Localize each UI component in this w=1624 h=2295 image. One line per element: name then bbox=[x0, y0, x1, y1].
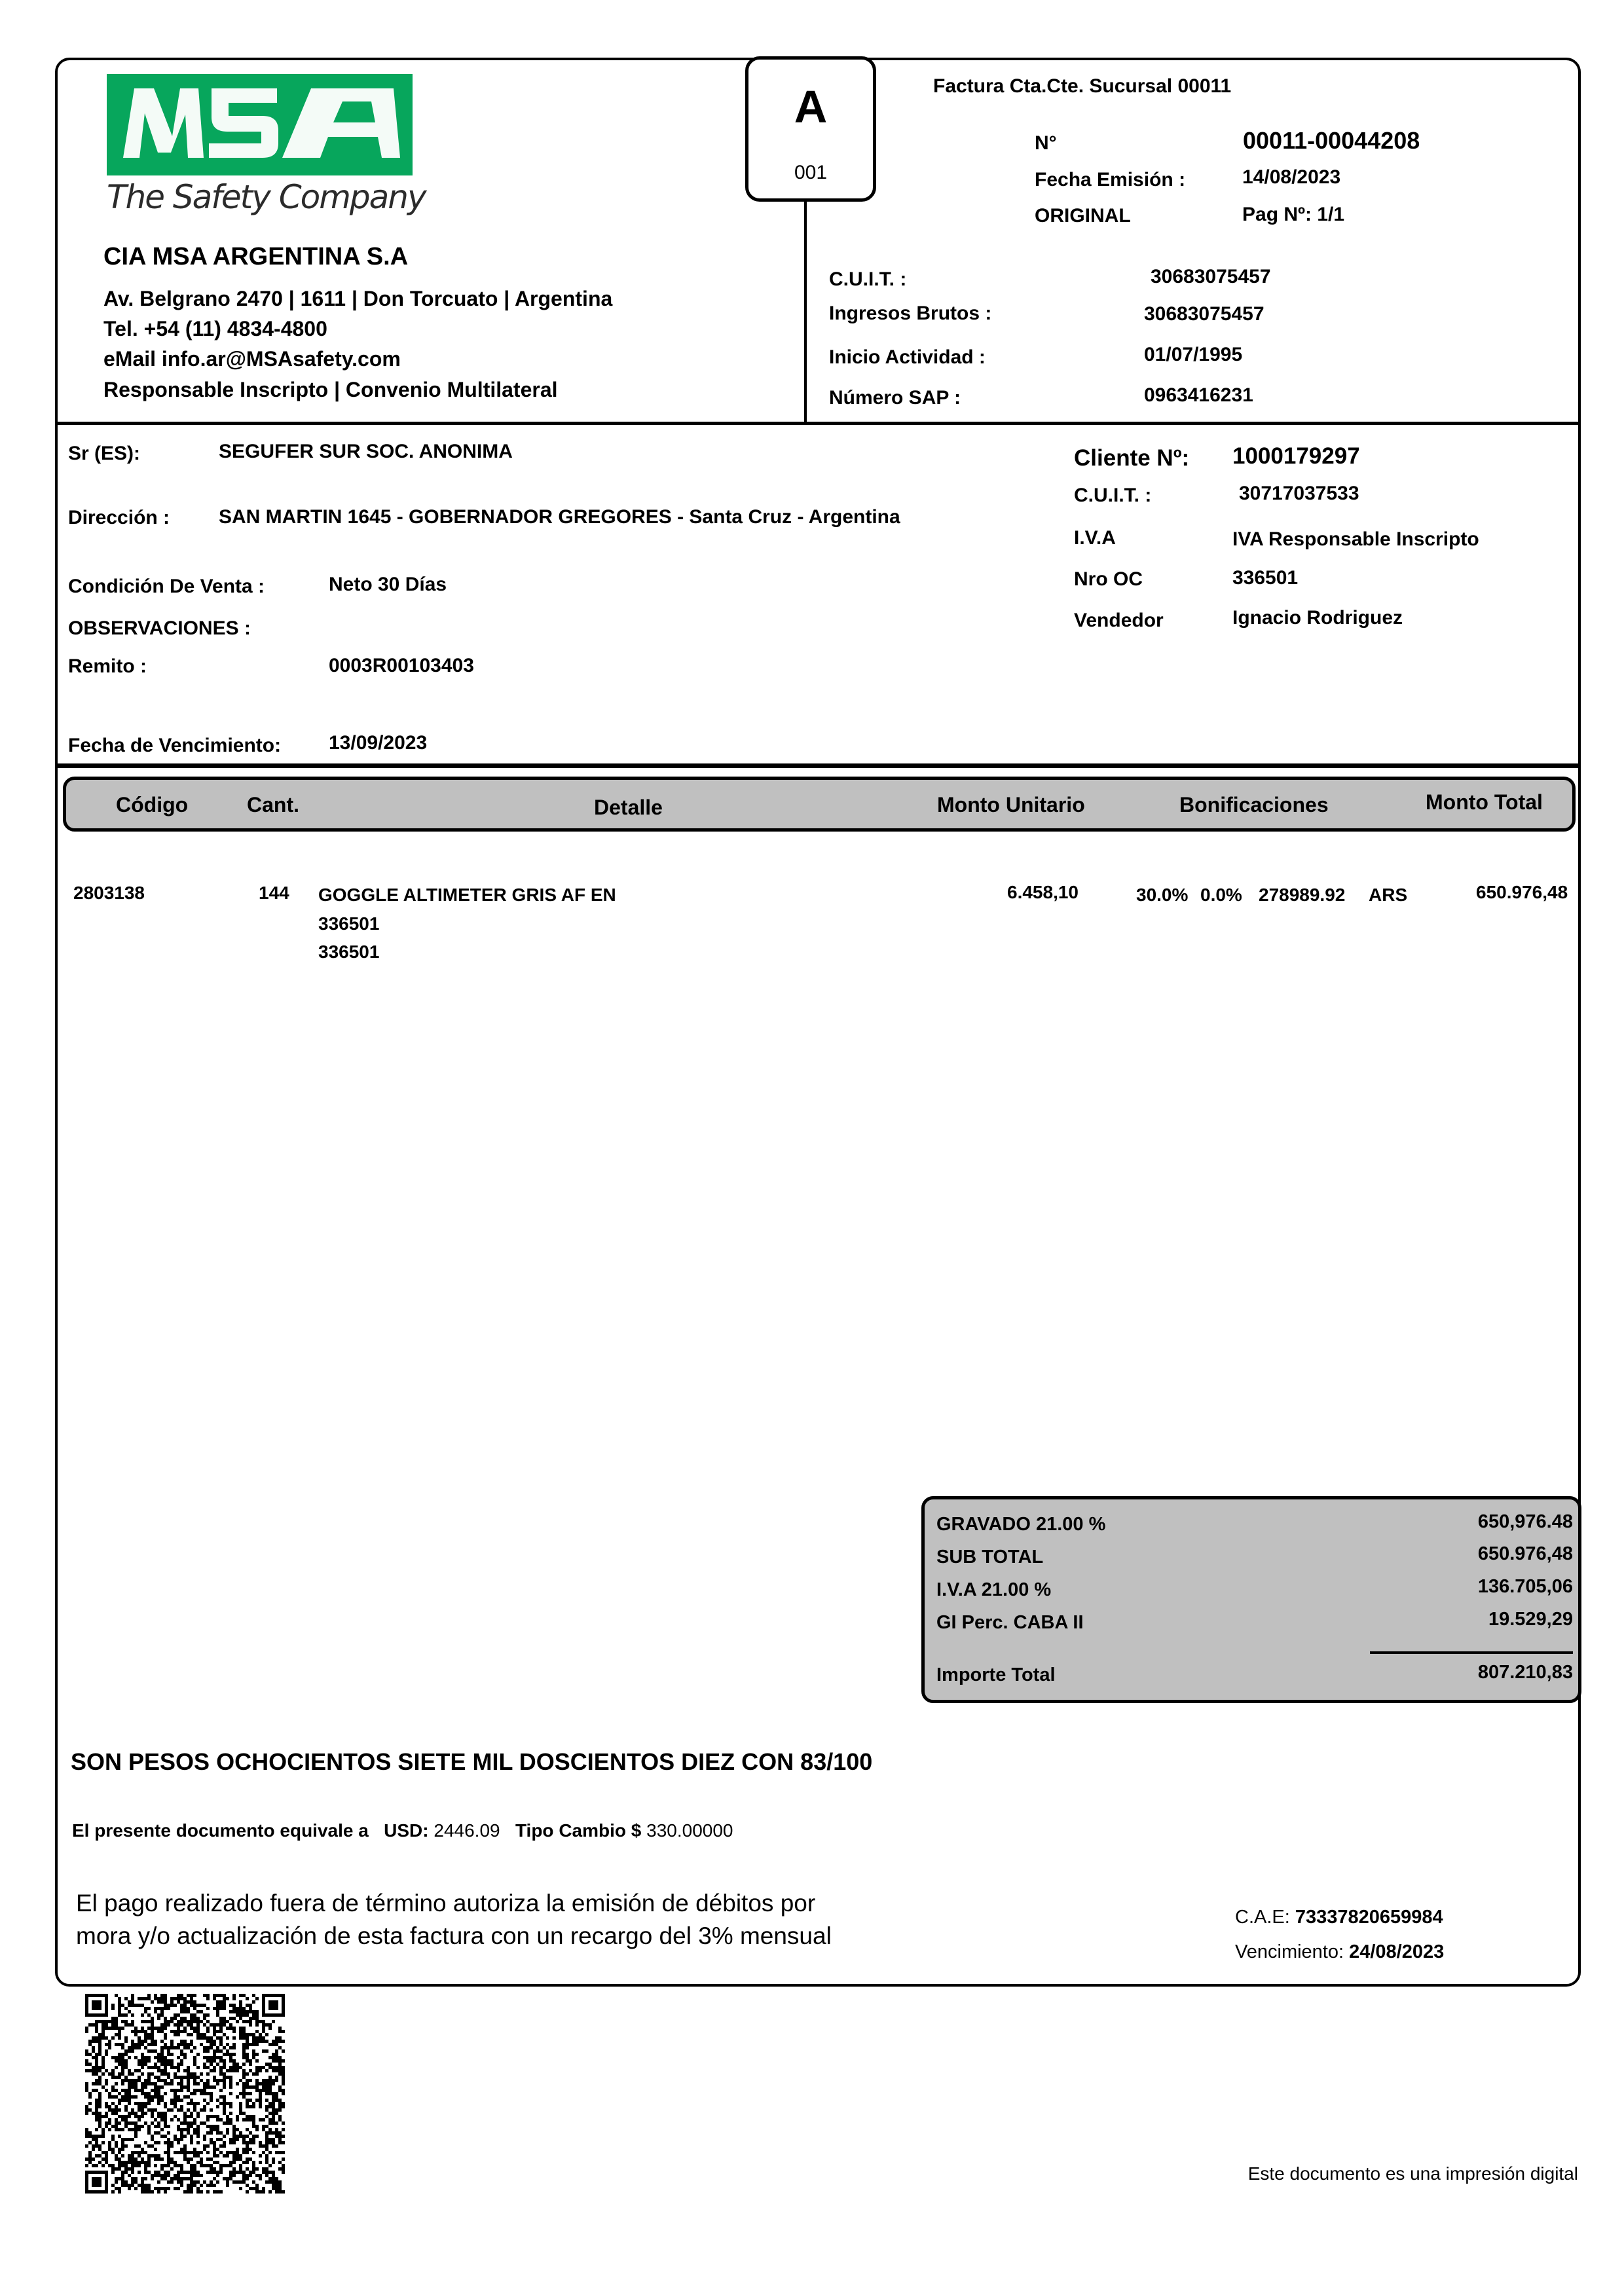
sale-condition: Neto 30 Días bbox=[329, 574, 447, 596]
header-total: Monto Total bbox=[1426, 790, 1543, 815]
totals-label: GRAVADO 21.00 % bbox=[936, 1514, 1105, 1535]
issuer-iibb-label: Ingresos Brutos : bbox=[829, 303, 991, 325]
due-date-label: Fecha de Vencimiento: bbox=[68, 735, 281, 757]
item-detail: GOGGLE ALTIMETER GRIS AF EN bbox=[318, 885, 616, 906]
client-number-label: Cliente Nº: bbox=[1074, 445, 1189, 471]
header-code: Código bbox=[116, 793, 188, 817]
customer-name-label: Sr (ES): bbox=[68, 443, 140, 465]
totals-label: GI Perc. CABA II bbox=[936, 1612, 1084, 1634]
usd-value: 2446.09 bbox=[434, 1820, 500, 1841]
item-detail-line2: 336501 bbox=[318, 913, 379, 934]
item-detail-line3: 336501 bbox=[318, 942, 379, 963]
header-detail: Detalle bbox=[594, 796, 663, 820]
customer-address-label: Dirección : bbox=[68, 507, 170, 529]
header-unit-price: Monto Unitario bbox=[937, 793, 1085, 817]
remito-number: 0003R00103403 bbox=[329, 655, 474, 677]
item-qty: 144 bbox=[259, 883, 289, 904]
digital-print-note: Este documento es una impresión digital bbox=[1248, 2163, 1578, 2184]
cae-expiry-label: Vencimiento: bbox=[1235, 1941, 1344, 1962]
item-discount-1: 30.0% bbox=[1136, 885, 1188, 906]
rate-label: Tipo Cambio $ bbox=[515, 1820, 641, 1841]
late-payment-notice-line2: mora y/o actualización de esta factura c… bbox=[76, 1922, 832, 1950]
grand-total-label: Importe Total bbox=[936, 1664, 1056, 1686]
item-unit-price: 6.458,10 bbox=[1007, 882, 1079, 903]
issuer-iibb: 30683075457 bbox=[1144, 303, 1264, 325]
invoice-number-label: N° bbox=[1035, 132, 1057, 155]
totals-label: SUB TOTAL bbox=[936, 1547, 1043, 1568]
invoice-letter-code: 001 bbox=[748, 162, 873, 184]
customer-cuit: 30717037533 bbox=[1239, 483, 1359, 505]
issuer-cuit-label: C.U.I.T. : bbox=[829, 268, 906, 291]
issuer-start: 01/07/1995 bbox=[1144, 344, 1242, 366]
seller-name: Ignacio Rodriguez bbox=[1232, 607, 1403, 629]
item-code: 2803138 bbox=[73, 883, 145, 904]
grand-total-value: 807.210,83 bbox=[1478, 1662, 1573, 1683]
totals-rule bbox=[1370, 1651, 1573, 1654]
header-vertical-divider bbox=[804, 196, 807, 424]
totals-label: I.V.A 21.00 % bbox=[936, 1579, 1051, 1601]
cae-expiry-date: 24/08/2023 bbox=[1349, 1941, 1444, 1962]
invoice-copy: ORIGINAL bbox=[1035, 205, 1131, 227]
item-currency: ARS bbox=[1369, 885, 1407, 906]
customer-cuit-label: C.U.I.T. : bbox=[1074, 485, 1151, 507]
item-discount-2: 0.0% bbox=[1200, 885, 1242, 906]
usd-equivalence: El presente documento equivale a USD: 24… bbox=[72, 1820, 733, 1841]
issuer-start-label: Inicio Actividad : bbox=[829, 346, 986, 369]
msa-logo bbox=[107, 74, 413, 175]
customer-iva: IVA Responsable Inscripto bbox=[1232, 528, 1479, 551]
logo-tagline: The Safety Company bbox=[107, 178, 426, 216]
page-number: Pag Nº: 1/1 bbox=[1242, 204, 1344, 226]
totals-value: 650,976.48 bbox=[1478, 1511, 1573, 1533]
customer-name: SEGUFER SUR SOC. ANONIMA bbox=[219, 441, 513, 463]
seller-label: Vendedor bbox=[1074, 610, 1164, 632]
cae-expiry: Vencimiento: 24/08/2023 bbox=[1235, 1941, 1444, 1963]
invoice-letter: A bbox=[748, 81, 873, 133]
company-phone: Tel. +54 (11) 4834-4800 bbox=[103, 317, 327, 341]
totals-value: 19.529,29 bbox=[1488, 1609, 1573, 1630]
client-number: 1000179297 bbox=[1232, 443, 1360, 469]
invoice-title: Factura Cta.Cte. Sucursal 00011 bbox=[933, 75, 1231, 98]
rate-value: 330.00000 bbox=[646, 1820, 733, 1841]
purchase-order-label: Nro OC bbox=[1074, 568, 1143, 591]
sale-condition-label: Condición De Venta : bbox=[68, 576, 265, 598]
totals-value: 650.976,48 bbox=[1478, 1543, 1573, 1565]
company-tax-status: Responsable Inscripto | Convenio Multila… bbox=[103, 378, 558, 402]
cae-number: 73337820659984 bbox=[1295, 1907, 1443, 1928]
remito-label: Remito : bbox=[68, 655, 147, 678]
header-discounts: Bonificaciones bbox=[1179, 793, 1329, 817]
cae: C.A.E: 73337820659984 bbox=[1235, 1907, 1443, 1928]
late-payment-notice-line1: El pago realizado fuera de término autor… bbox=[76, 1890, 815, 1917]
totals-box: GRAVADO 21.00 % 650,976.48 SUB TOTAL 650… bbox=[921, 1496, 1581, 1703]
cae-label: C.A.E: bbox=[1235, 1907, 1290, 1928]
invoice-number: 00011-00044208 bbox=[1243, 127, 1420, 155]
item-total: 650.976,48 bbox=[1476, 882, 1568, 903]
usd-label: USD: bbox=[384, 1820, 428, 1841]
company-email: eMail info.ar@MSAsafety.com bbox=[103, 347, 401, 371]
customer-address: SAN MARTIN 1645 - GOBERNADOR GREGORES - … bbox=[219, 506, 900, 528]
item-discount-amount: 278989.92 bbox=[1259, 885, 1345, 906]
items-table-header: Código Cant. Detalle Monto Unitario Boni… bbox=[63, 777, 1576, 832]
issuer-sap-label: Número SAP : bbox=[829, 387, 961, 409]
totals-value: 136.705,06 bbox=[1478, 1576, 1573, 1598]
usd-prefix: El presente documento equivale a bbox=[72, 1820, 369, 1841]
invoice-letter-box: A 001 bbox=[745, 56, 876, 202]
observations-label: OBSERVACIONES : bbox=[68, 617, 251, 640]
issuer-sap: 0963416231 bbox=[1144, 384, 1253, 407]
header-qty: Cant. bbox=[247, 793, 299, 817]
company-name: CIA MSA ARGENTINA S.A bbox=[103, 243, 408, 271]
issue-date: 14/08/2023 bbox=[1242, 166, 1340, 189]
header-divider bbox=[55, 422, 1581, 425]
amount-in-words: SON PESOS OCHOCIENTOS SIETE MIL DOSCIENT… bbox=[71, 1748, 872, 1776]
due-date: 13/09/2023 bbox=[329, 732, 427, 754]
issue-date-label: Fecha Emisión : bbox=[1035, 169, 1185, 191]
customer-iva-label: I.V.A bbox=[1074, 527, 1116, 549]
company-address: Av. Belgrano 2470 | 1611 | Don Torcuato … bbox=[103, 287, 612, 311]
msa-logo-mark-icon bbox=[107, 74, 413, 175]
purchase-order: 336501 bbox=[1232, 567, 1298, 589]
customer-divider bbox=[55, 763, 1581, 768]
issuer-cuit: 30683075457 bbox=[1151, 266, 1271, 288]
afip-qr-code-icon bbox=[85, 1994, 285, 2194]
